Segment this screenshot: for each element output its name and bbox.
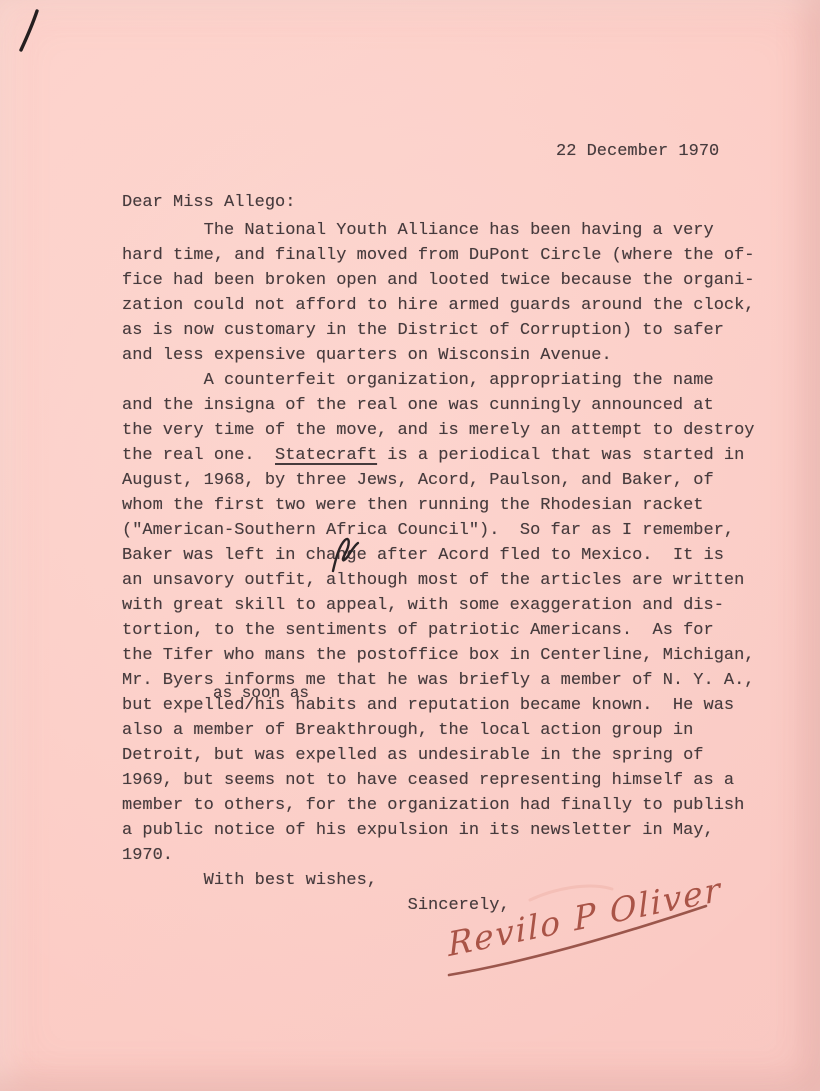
letter-line: member to others, for the organization h… [122, 793, 755, 818]
letter-line: ("American-Southern Africa Council"). So… [122, 518, 755, 543]
letter-line: tortion, to the sentiments of patriotic … [122, 618, 755, 643]
corner-slash-mark [21, 11, 37, 50]
letter-line: Detroit, but was expelled as undesirable… [122, 743, 755, 768]
letter-line: with great skill to appeal, with some ex… [122, 593, 755, 618]
letter-line: and less expensive quarters on Wisconsin… [122, 343, 755, 368]
letter-line: Baker was left in change after Acord fle… [122, 543, 755, 568]
letter-line: zation could not afford to hire armed gu… [122, 293, 755, 318]
interlinear-insertion: as soon as [213, 684, 309, 702]
letter-line: an unsavory outfit, although most of the… [122, 568, 755, 593]
text-segment: the real one. [122, 446, 275, 465]
letter-line: as is now customary in the District of C… [122, 318, 755, 343]
letter-line: A counterfeit organization, appropriatin… [122, 368, 755, 393]
letter-page: 22 December 1970 Dear Miss Allego: The N… [0, 0, 820, 1091]
text-segment: is a periodical that was started in [377, 446, 744, 465]
salutation: Dear Miss Allego: [122, 190, 295, 215]
letter-line: August, 1968, by three Jews, Acord, Paul… [122, 468, 755, 493]
letter-line: 1970. [122, 843, 755, 868]
letter-line: Sincerely, [122, 893, 755, 918]
date-line: 22 December 1970 [556, 139, 719, 164]
letter-line: a public notice of his expulsion in its … [122, 818, 755, 843]
letter-line: The National Youth Alliance has been hav… [122, 218, 755, 243]
letter-line: also a member of Breakthrough, the local… [122, 718, 755, 743]
letter-line: and the insigna of the real one was cunn… [122, 393, 755, 418]
letter-line: the real one. Statecraft is a periodical… [122, 443, 755, 468]
letter-line: whom the first two were then running the… [122, 493, 755, 518]
letter-line: the Tifer who mans the postoffice box in… [122, 643, 755, 668]
letter-line: 1969, but seems not to have ceased repre… [122, 768, 755, 793]
underlined-periodical-name: Statecraft [275, 446, 377, 465]
letter-line: With best wishes, [122, 868, 755, 893]
letter-line: hard time, and finally moved from DuPont… [122, 243, 755, 268]
letter-line: fice had been broken open and looted twi… [122, 268, 755, 293]
letter-body: The National Youth Alliance has been hav… [122, 218, 755, 918]
letter-line: the very time of the move, and is merely… [122, 418, 755, 443]
